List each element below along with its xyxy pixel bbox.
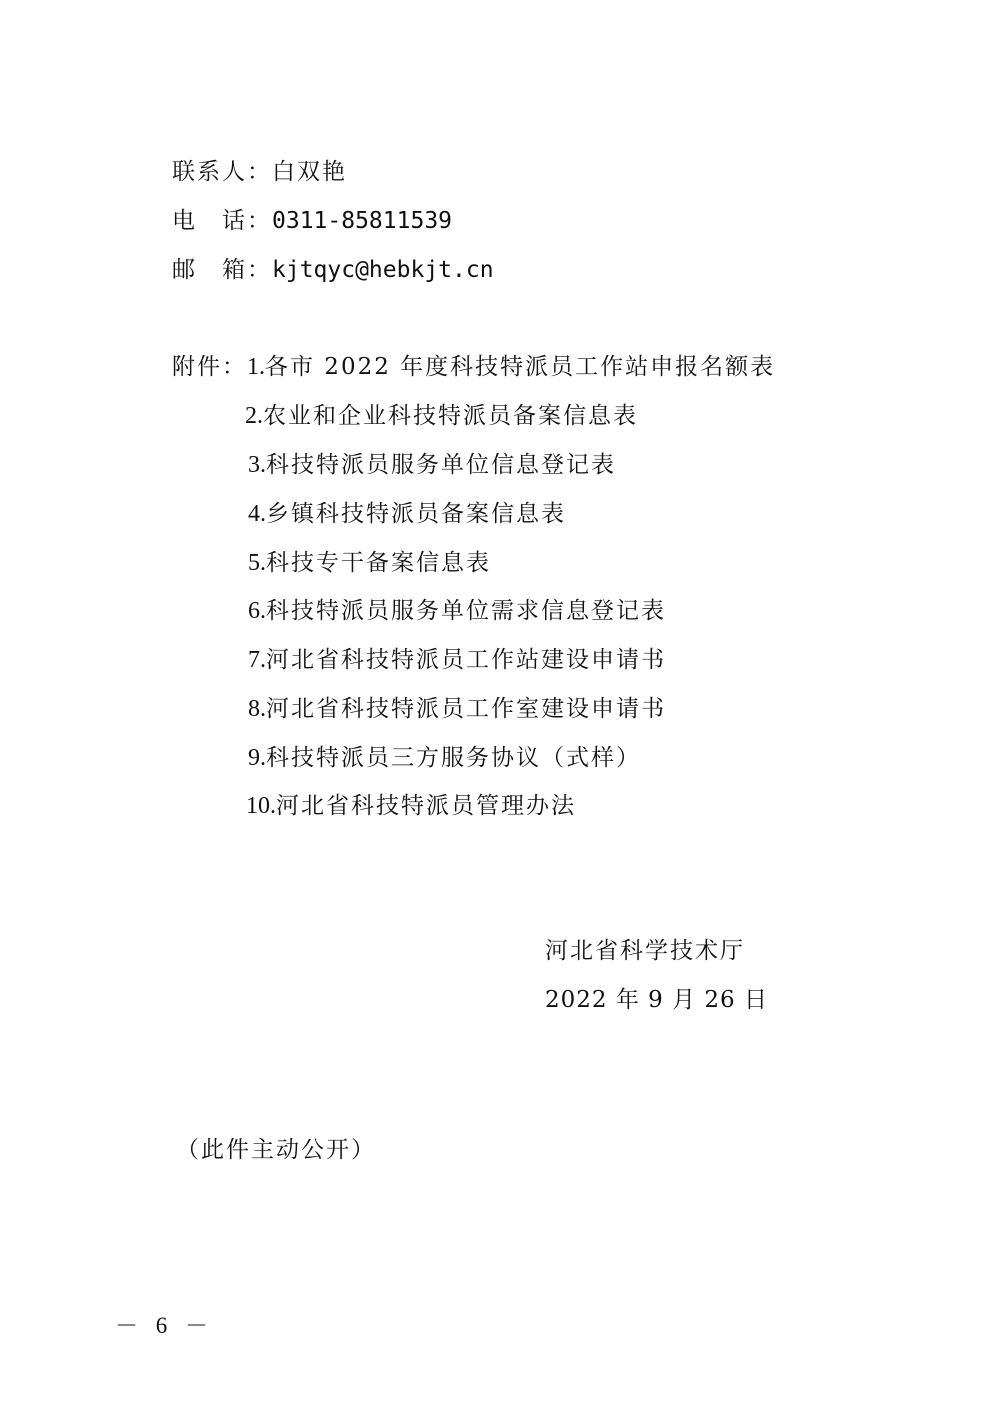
attachment-item-3: 3.科技特派员服务单位信息登记表 <box>248 450 616 480</box>
attachment-title: 乡镇科技特派员备案信息表 <box>266 501 566 527</box>
disclosure-note: （此件主动公开） <box>176 1135 376 1165</box>
attachment-number: 3. <box>248 452 266 478</box>
attachment-item-2: 2.农业和企业科技特派员备案信息表 <box>245 401 638 431</box>
attachment-title: 科技专干备案信息表 <box>266 550 491 576</box>
attachments-label: 附件： <box>172 354 247 380</box>
attachment-title: 科技特派员三方服务协议（式样） <box>266 745 641 771</box>
attachment-number: 1. <box>247 354 265 380</box>
attachment-number: 9. <box>248 745 266 771</box>
attachment-item-5: 5.科技专干备案信息表 <box>248 548 491 578</box>
page-number: － 6 － <box>115 1311 214 1341</box>
attachment-title: 河北省科技特派员管理办法 <box>276 793 576 819</box>
attachment-number: 8. <box>248 696 266 722</box>
attachment-title: 河北省科技特派员工作室建设申请书 <box>266 696 666 722</box>
attachment-item-9: 9.科技特派员三方服务协议（式样） <box>248 743 641 773</box>
attachment-title: 农业和企业科技特派员备案信息表 <box>263 403 638 429</box>
contact-phone-value: 0311-85811539 <box>272 208 452 234</box>
attachment-item-1: 附件：1.各市 2022 年度科技特派员工作站申报名额表 <box>172 352 775 382</box>
attachment-item-6: 6.科技特派员服务单位需求信息登记表 <box>248 596 666 626</box>
contact-email-row: 邮 箱：kjtqyc@hebkjt.cn <box>172 255 494 285</box>
attachment-item-7: 7.河北省科技特派员工作站建设申请书 <box>248 645 666 675</box>
attachment-item-10: 10.河北省科技特派员管理办法 <box>246 791 576 821</box>
attachment-number: 6. <box>248 598 266 624</box>
attachment-number: 4. <box>248 501 266 527</box>
attachment-title: 各市 2022 年度科技特派员工作站申报名额表 <box>265 354 775 380</box>
contact-phone-label: 电 话： <box>172 208 272 234</box>
issue-date: 2022 年 9 月 26 日 <box>545 985 768 1015</box>
attachment-item-8: 8.河北省科技特派员工作室建设申请书 <box>248 694 666 724</box>
attachment-number: 2. <box>245 403 263 429</box>
attachment-title: 科技特派员服务单位信息登记表 <box>266 452 616 478</box>
contact-phone-row: 电 话：0311-85811539 <box>172 206 452 236</box>
attachment-title: 河北省科技特派员工作站建设申请书 <box>266 647 666 673</box>
contact-email-value: kjtqyc@hebkjt.cn <box>272 257 494 283</box>
attachment-title: 科技特派员服务单位需求信息登记表 <box>266 598 666 624</box>
contact-person-row: 联系人：白双艳 <box>172 157 347 187</box>
attachment-item-4: 4.乡镇科技特派员备案信息表 <box>248 499 566 529</box>
contact-person-value: 白双艳 <box>272 159 347 185</box>
attachment-number: 7. <box>248 647 266 673</box>
contact-person-label: 联系人： <box>172 159 272 185</box>
attachment-number: 5. <box>248 550 266 576</box>
issuing-organization: 河北省科学技术厅 <box>545 936 745 966</box>
contact-email-label: 邮 箱： <box>172 257 272 283</box>
attachment-number: 10. <box>246 793 276 819</box>
